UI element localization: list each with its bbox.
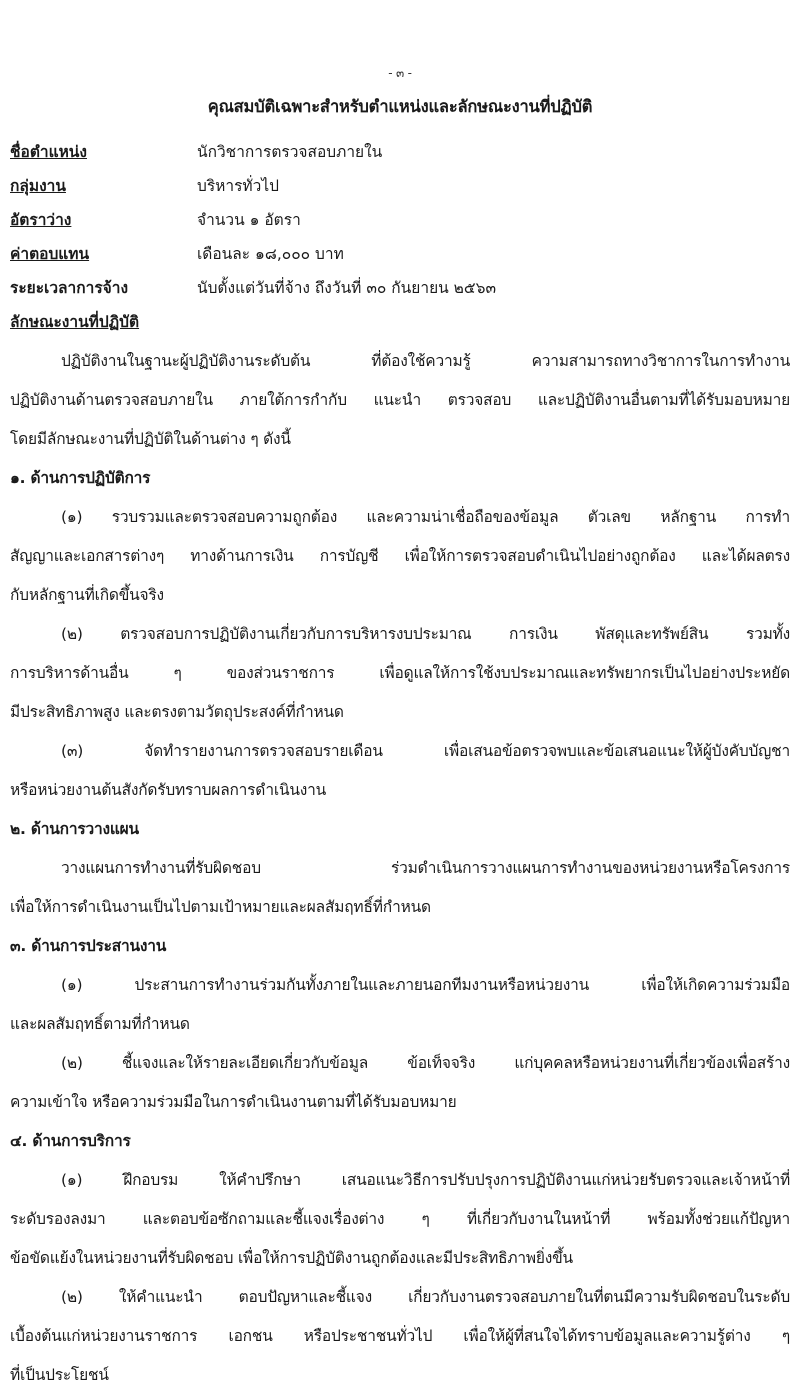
paragraph-line: (๑) ประสานการทำงานร่วมกันทั้งภายในและภาย… xyxy=(61,974,790,996)
section-heading: ๓. ด้านการประสานงาน xyxy=(10,935,790,957)
intro-line: ปฏิบัติงานในฐานะผู้ปฏิบัติงานระดับต้น ที… xyxy=(61,350,790,372)
paragraph-line: (๒) ให้คำแนะนำ ตอบปัญหาและชี้แจง เกี่ยวก… xyxy=(61,1286,790,1308)
field-label: ระยะเวลาการจ้าง xyxy=(10,277,128,299)
field-value: นักวิชาการตรวจสอบภายใน xyxy=(197,141,382,163)
intro-line: ปฏิบัติงานด้านตรวจสอบภายใน ภายใต้การกำกั… xyxy=(10,389,790,411)
intro-line: โดยมีลักษณะงานที่ปฏิบัติในด้านต่าง ๆ ดัง… xyxy=(10,428,790,450)
paragraph-line: สัญญาและเอกสารต่างๆ ทางด้านการเงิน การบั… xyxy=(10,545,790,567)
section-heading: ๒. ด้านการวางแผน xyxy=(10,818,790,840)
paragraph-line: เพื่อให้การดำเนินงานเป็นไปตามเป้าหมายและ… xyxy=(10,896,790,918)
field-label: ชื่อตำแหน่ง xyxy=(10,141,87,163)
paragraph-line: ที่เป็นประโยชน์ xyxy=(10,1364,790,1386)
section-heading: ๑. ด้านการปฏิบัติการ xyxy=(10,467,790,489)
page-title: คุณสมบัติเฉพาะสำหรับตำแหน่งและลักษณะงานท… xyxy=(0,96,800,118)
duties-heading: ลักษณะงานที่ปฏิบัติ xyxy=(10,311,139,333)
page-number: - ๓ - xyxy=(0,62,800,84)
field-label: กลุ่มงาน xyxy=(10,175,66,197)
field-value: จำนวน ๑ อัตรา xyxy=(197,209,301,231)
paragraph-line: (๒) ชี้แจงและให้รายละเอียดเกี่ยวกับข้อมู… xyxy=(61,1052,790,1074)
paragraph-line: กับหลักฐานที่เกิดขึ้นจริง xyxy=(10,584,790,606)
paragraph-line: ระดับรองลงมา และตอบข้อซักถามและชี้แจงเรื… xyxy=(10,1208,790,1230)
paragraph-line: และผลสัมฤทธิ์ตามที่กำหนด xyxy=(10,1013,790,1035)
field-value: นับตั้งแต่วันที่จ้าง ถึงวันที่ ๓๐ กันยาย… xyxy=(197,277,496,299)
paragraph-line: มีประสิทธิภาพสูง และตรงตามวัตถุประสงค์ที… xyxy=(10,701,790,723)
paragraph-line: เบื้องต้นแก่หน่วยงานราชการ เอกชน หรือประ… xyxy=(10,1325,790,1347)
field-label: ค่าตอบแทน xyxy=(10,243,89,265)
paragraph-line: หรือหน่วยงานต้นสังกัดรับทราบผลการดำเนินง… xyxy=(10,779,790,801)
field-value: เดือนละ ๑๘,๐๐๐ บาท xyxy=(197,243,344,265)
paragraph-line: การบริหารด้านอื่น ๆ ของส่วนราชการ เพื่อด… xyxy=(10,662,790,684)
paragraph-line: (๑) รวบรวมและตรวจสอบความถูกต้อง และความน… xyxy=(61,506,790,528)
paragraph-line: (๑) ฝึกอบรม ให้คำปรึกษา เสนอแนะวิธีการปร… xyxy=(61,1169,790,1191)
paragraph-line: ความเข้าใจ หรือความร่วมมือในการดำเนินงาน… xyxy=(10,1091,790,1113)
field-label: อัตราว่าง xyxy=(10,209,71,231)
paragraph-line: (๒) ตรวจสอบการปฏิบัติงานเกี่ยวกับการบริห… xyxy=(61,623,790,645)
paragraph-line: ข้อขัดแย้งในหน่วยงานที่รับผิดชอบ เพื่อให… xyxy=(10,1247,790,1269)
document-page: - ๓ - คุณสมบัติเฉพาะสำหรับตำแหน่งและลักษ… xyxy=(0,0,800,1389)
field-value: บริหารทั่วไป xyxy=(197,175,279,197)
paragraph-line: วางแผนการทำงานที่รับผิดชอบ ร่วมดำเนินการ… xyxy=(61,857,790,879)
section-heading: ๔. ด้านการบริการ xyxy=(10,1130,790,1152)
paragraph-line: (๓) จัดทำรายงานการตรวจสอบรายเดือน เพื่อเ… xyxy=(61,740,790,762)
